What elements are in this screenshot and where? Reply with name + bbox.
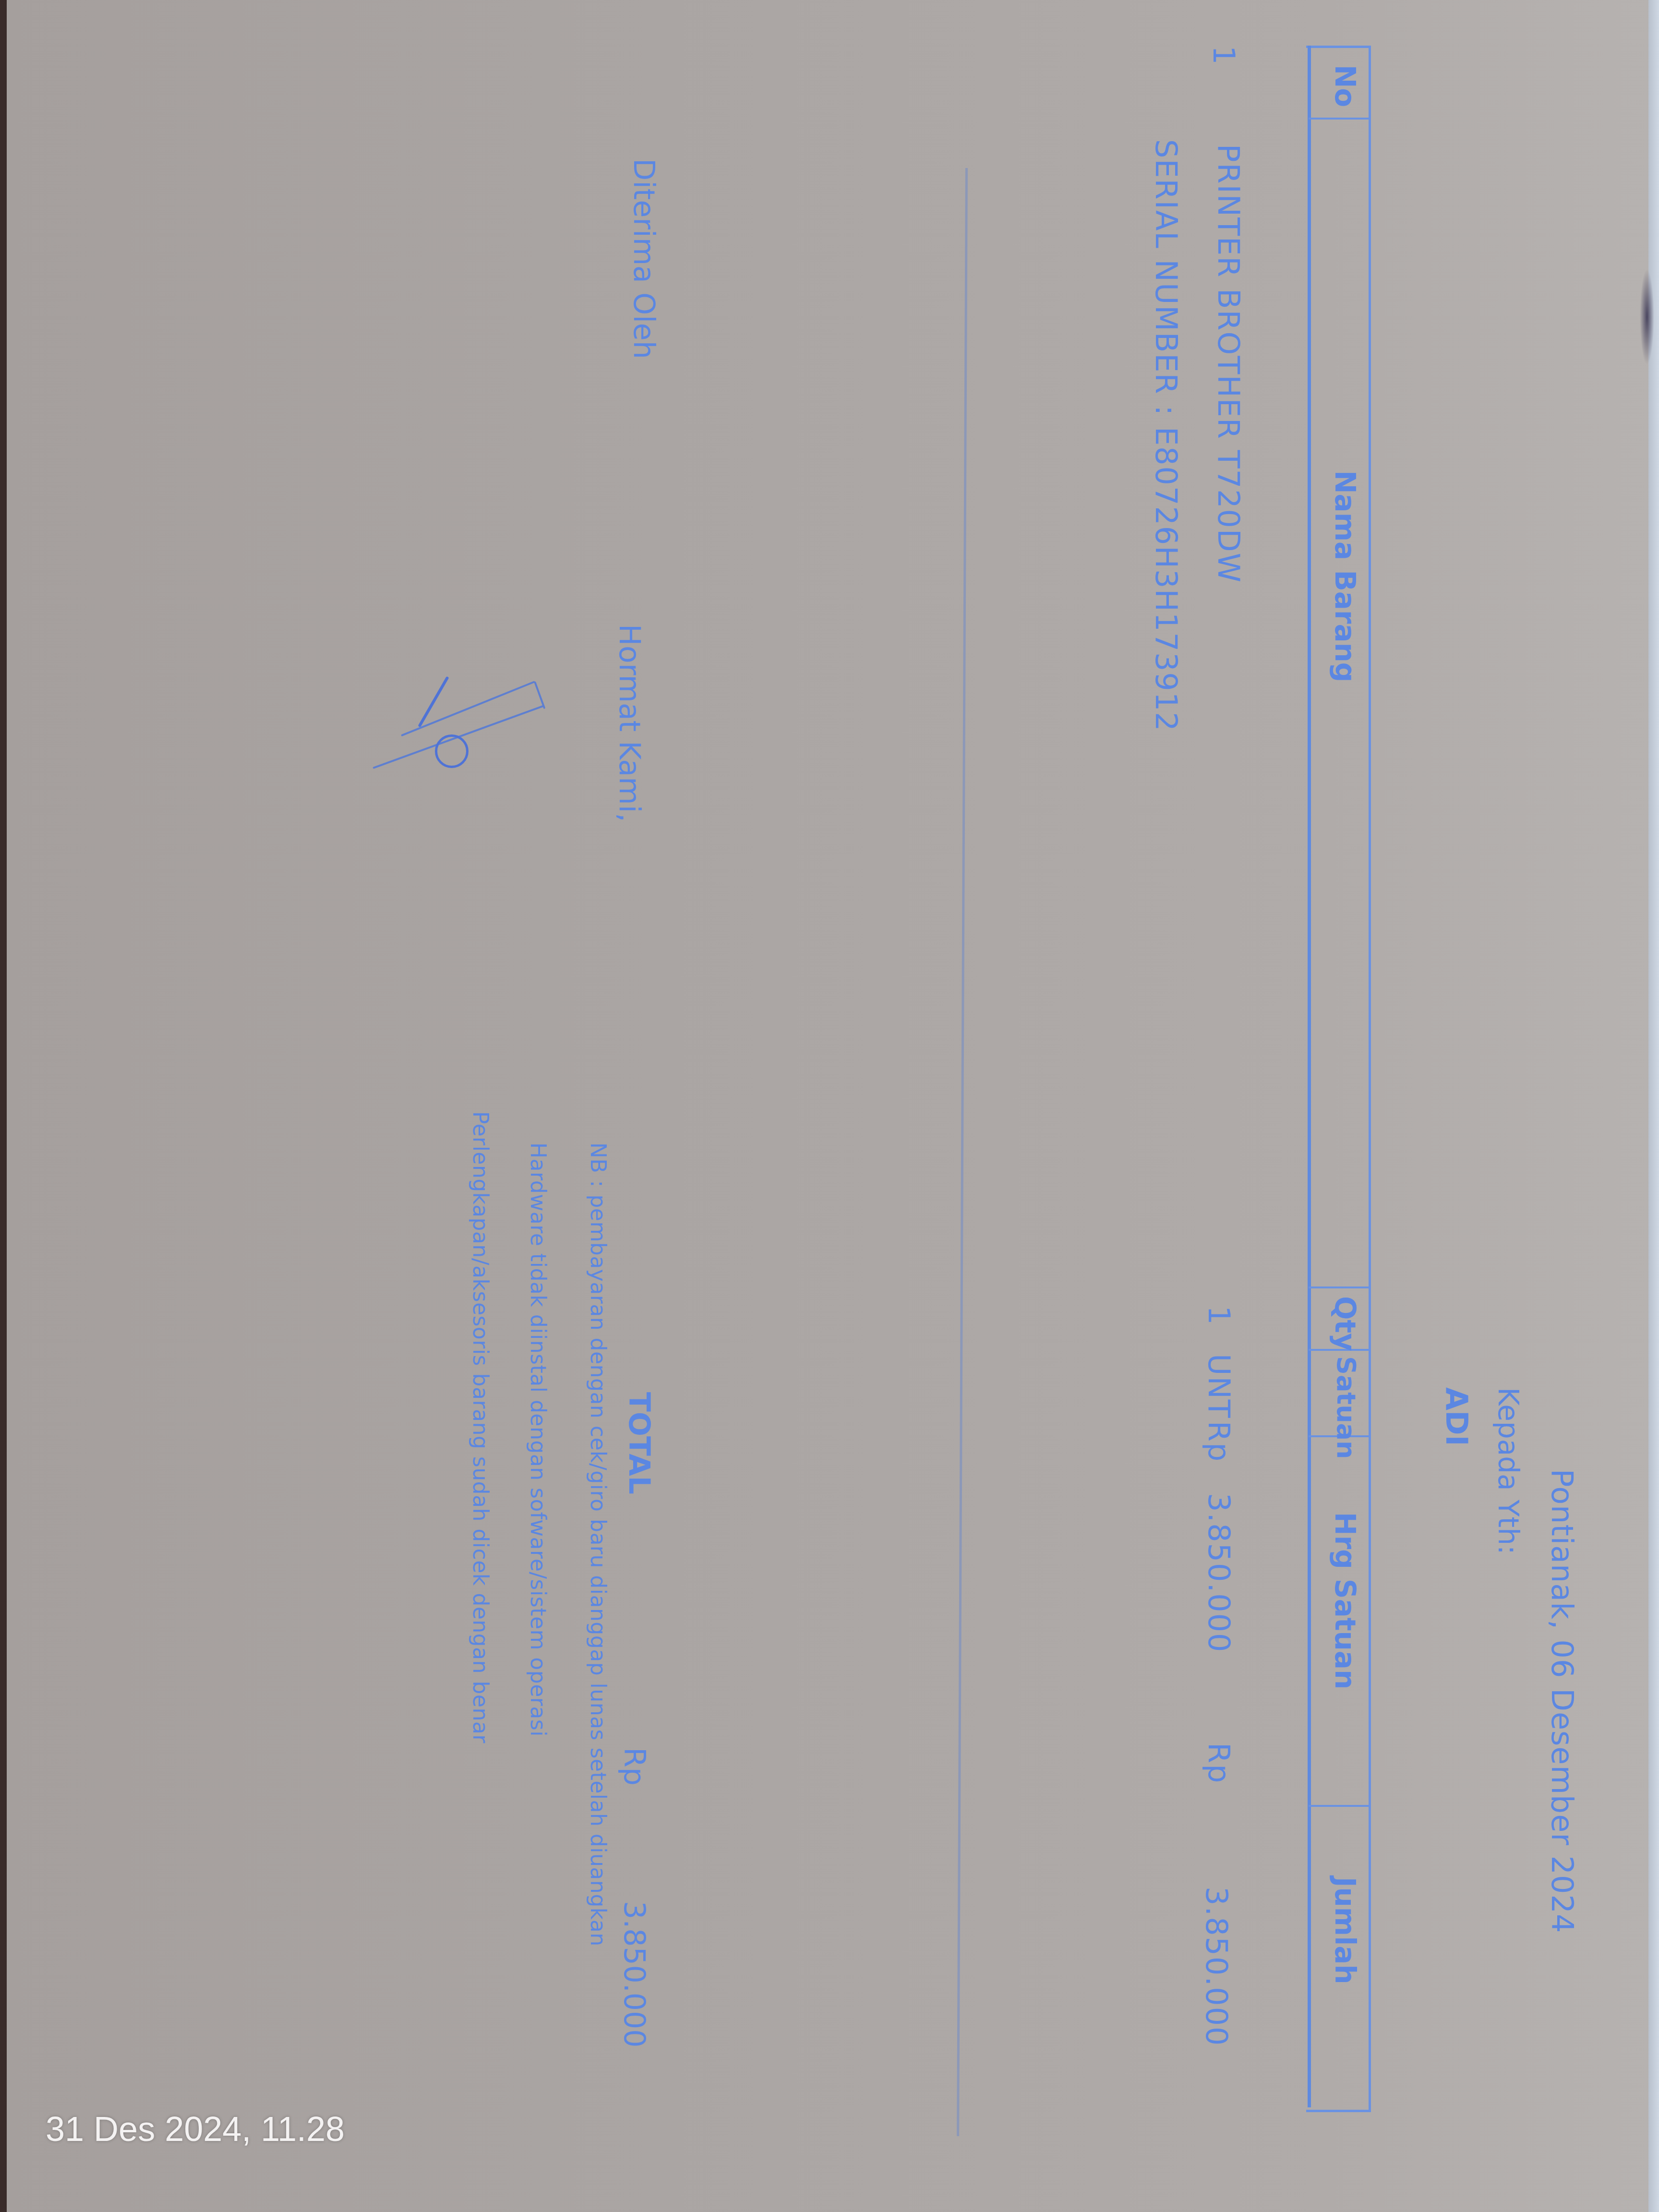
header-unit: Satuan [1331,1356,1361,1459]
row-unit: UNT [1202,1354,1237,1419]
row-unit-price: 3.850.000 [1202,1493,1237,1653]
header-unit-price: Hrg Satuan [1329,1512,1361,1689]
note-payment: NB : pembayaran dengan cek/giro baru dia… [586,1142,610,1947]
header-qty: Qty [1329,1296,1361,1351]
receipt-document: Pontianak, 06 Desember 2024 Kepada Yth: … [0,0,1659,2212]
row-qty: 1 [1202,1306,1237,1325]
received-by-label: Diterima Oleh [627,158,661,359]
place-date: Pontianak, 06 Desember 2024 [1545,1469,1580,1933]
recipient-label: Kepada Yth: [1492,1387,1525,1554]
row-amount-currency: Rp [1202,1743,1237,1784]
regards-label: Hormat Kami, [613,624,646,822]
row-amount: 3.850.000 [1199,1887,1234,2047]
total-currency: Rp [617,1747,651,1786]
table-header-divider [1308,46,1311,2107]
note-software: Hardware tidak diinstal dengan sofware/s… [526,1142,550,1737]
total-divider [957,168,968,2136]
column-divider [1309,118,1371,120]
note-accessories: Perlengkapan/aksesoris barang sudah dice… [468,1111,493,1743]
column-divider [1309,1805,1371,1807]
header-item-name: Nama Barang [1329,470,1361,682]
total-label: TOTAL [622,1392,656,1494]
header-no: No [1329,65,1361,107]
row-item-name: PRINTER BROTHER T720DW [1211,144,1246,583]
recipient-name: ADI [1439,1387,1474,1446]
total-value: 3.850.000 [617,1901,651,2047]
items-table-header [1306,46,1371,2112]
row-serial-number: SERIAL NUMBER : E80726H3H173912 [1149,139,1184,732]
column-divider [1309,1286,1371,1288]
row-no: 1 [1206,46,1241,65]
header-amount: Jumlah [1329,1877,1361,1984]
row-price-currency: Rp [1202,1421,1237,1462]
signature [344,662,565,816]
photo-timestamp: 31 Des 2024, 11.28 [46,2110,345,2149]
